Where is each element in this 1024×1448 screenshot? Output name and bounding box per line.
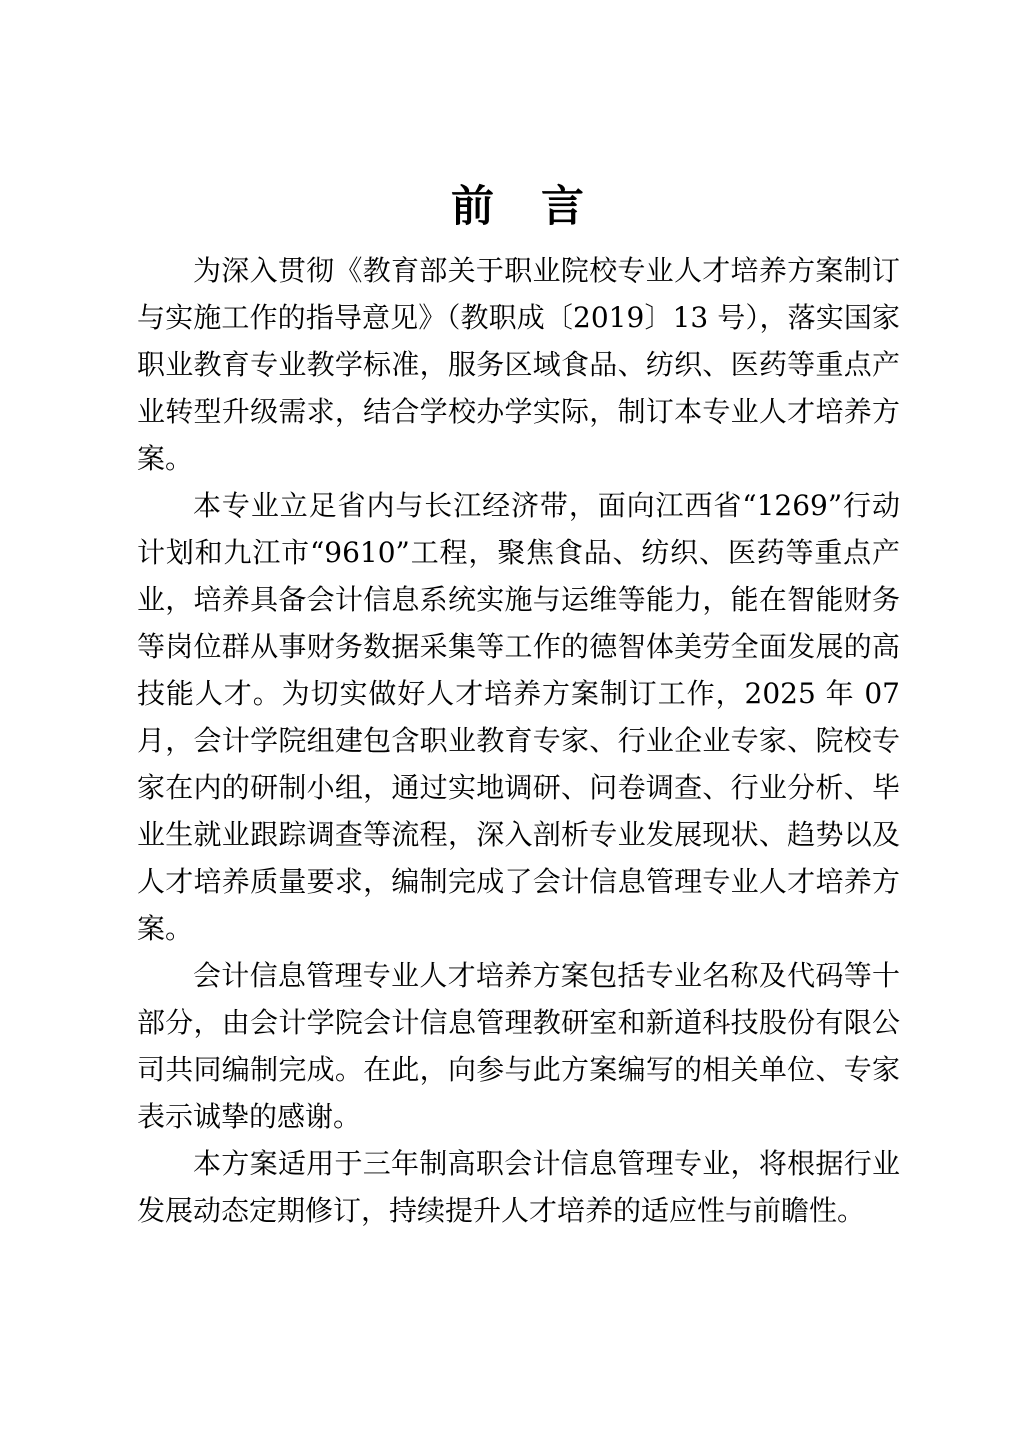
paragraph-4: 本方案适用于三年制高职会计信息管理专业，将根据行业发展动态定期修订，持续提升人才… xyxy=(137,1140,900,1234)
document-page: 前 言 为深入贯彻《教育部关于职业院校专业人才培养方案制订与实施工作的指导意见》… xyxy=(0,0,1024,1448)
page-title: 前 言 xyxy=(137,181,900,233)
paragraph-3: 会计信息管理专业人才培养方案包括专业名称及代码等十部分，由会计学院会计信息管理教… xyxy=(137,952,900,1140)
paragraph-2: 本专业立足省内与长江经济带，面向江西省“1269”行动计划和九江市“9610”工… xyxy=(137,482,900,952)
document-content: 前 言 为深入贯彻《教育部关于职业院校专业人才培养方案制订与实施工作的指导意见》… xyxy=(137,181,900,1234)
paragraph-1: 为深入贯彻《教育部关于职业院校专业人才培养方案制订与实施工作的指导意见》（教职成… xyxy=(137,247,900,482)
